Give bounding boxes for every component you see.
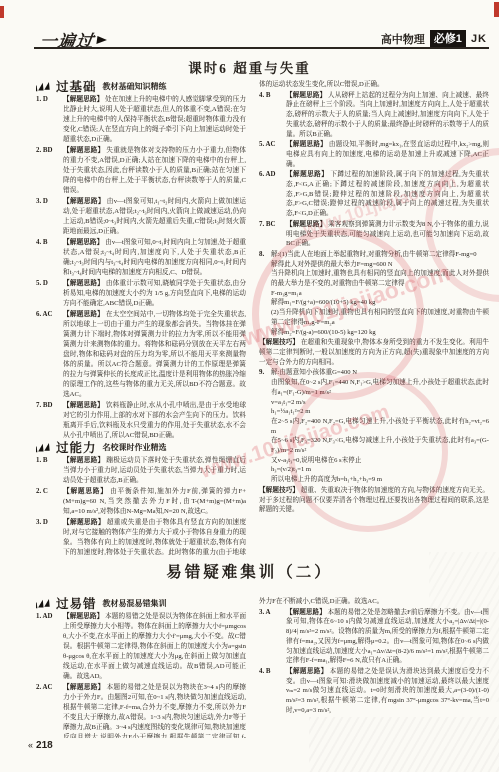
answer-number: 7. BC [259, 220, 275, 230]
edition-label: JK [471, 33, 487, 45]
module-badge: 必修1 [430, 30, 466, 47]
answer-item: 7. BC【解题思路】 乘客观察到弹簧测力计示数变为8 N,小于物体的重力,说明… [259, 220, 489, 249]
answer-item: 2. BD【解题思路】 失重就是物体对支持物的压力小于重力,但物体的重力不变,A… [36, 146, 246, 196]
footer-mark: « [28, 740, 33, 750]
page-edge-tab [0, 6, 4, 18]
solution-tag: 【解题思路】 [63, 96, 105, 103]
answer-number: 4. B [259, 91, 271, 101]
page-number: 218 [36, 740, 53, 751]
solution-tag: 【解题思路】 [63, 519, 107, 526]
answer-text: 外力F在不断减小,C错误,D正确。故选AC。 [259, 598, 383, 605]
answer-item: 4. B【解题思路】 由v—t图象可知,0~t₁时间内向上匀加速,处于超重状态,… [36, 238, 246, 278]
answer-item: 1. AD【解题思路】 本题的易错之处是误以为物体在斜面上和水平面上所受摩擦力大… [36, 612, 246, 682]
brush-mark-icon [36, 599, 52, 609]
answer-book-page: 一遍过 高中物理 必修1 JK 课时6 超重与失重 过基础教材基础知识精练1. … [0, 0, 499, 772]
right-column-lower: 外力F在不断减小,C错误,D正确。故选AC。3. A【解题思路】 本题的易错之处… [259, 597, 489, 738]
answer-text: 解:(1)当此人在地面上举起重物时,对重物分析,由牛顿第二定律得F-mg=0 解… [271, 251, 489, 336]
section-title: 过易错 [56, 599, 97, 609]
solution-tag: 【解题思路】 [286, 171, 330, 178]
page-title: 课时6 超重与失重 [0, 57, 499, 77]
answer-text: 本题的易错之处是忽略撤去F前后摩擦力不变。由v—t图象可知,物体在6~10 s内… [286, 609, 489, 665]
solution-tag: 【解题思路】 [63, 457, 106, 464]
solution-tag: 【解题思路】 [63, 198, 107, 205]
solution-tag: 【解题技巧】 [259, 487, 301, 494]
answer-item: 3. D【解题思路】 超重或失重是由于物体具有竖直方向的加速度时,对与它接触的物… [36, 518, 246, 556]
answer-item: 5. D【解题思路】 由体重计示数可知,晓敏同学处于失重状态,由分析易知,电梯的… [36, 279, 246, 309]
answer-text: 体的运动状态发生变化,所以C错误,D正确。 [259, 81, 384, 88]
header-right: 高中物理 必修1 JK [381, 30, 487, 47]
answer-text: 处在加速上升的电梯中的人感觉脚掌受到的压力比静止时大,说明人处于超重状态,但人的… [63, 96, 246, 143]
answer-text: 本题的易错之处是误以为物块在3~4 s内的摩擦力小于外力F。由题图2可知,在0~… [63, 684, 246, 738]
answer-number: 1. AD [36, 612, 52, 622]
solution-tag: 【解题思路】 [63, 402, 106, 409]
page-footer: «218 [28, 740, 53, 751]
solution-tag: 【解题思路】 [63, 613, 105, 620]
answer-number: 2. C [36, 487, 48, 497]
section-header: 过能力名校课时作业精选 [36, 443, 246, 453]
solution-tag: 【解题思路】 [63, 684, 106, 691]
solution-tag: 【解题思路】 [286, 221, 328, 228]
answer-item: 2. AC【解题思路】 本题的易错之处是误以为物块在3~4 s内的摩擦力小于外力… [36, 683, 246, 738]
page-edge-tab [494, 2, 499, 17]
answer-number: 3. D [36, 197, 48, 207]
answer-number: 6. AC [36, 310, 52, 320]
solution-tag: 【解题技巧】 [259, 339, 301, 346]
answer-number: 5. AC [259, 140, 275, 150]
answer-number: 1. B [36, 456, 48, 466]
section-subtitle: 教材易混易错集训 [103, 599, 167, 609]
answer-text: 失重就是物体对支持物的压力小于重力,但物体的重力不变,A错误,D正确;人站在加速… [63, 147, 246, 194]
solution-tag: 【解题思路】 [286, 141, 329, 148]
answer-item: 1. B【解题思路】 蹦极运动员下落时处于失重状态,弹性绳绷直后当弹力小于重力时… [36, 456, 246, 486]
section-title: 过能力 [56, 443, 97, 453]
answer-item: 8.解:(1)当此人在地面上举起重物时,对重物分析,由牛顿第二定律得F-mg=0… [259, 250, 489, 337]
solution-tag: 【解题思路】 [286, 92, 328, 99]
answer-item: 3. A【解题思路】 本题的易错之处是忽略撤去F前后摩擦力不变。由v—t图象可知… [259, 608, 489, 666]
answer-item: 6. AD【解题思路】 下蹲过程的加速阶段,属于向下的加速过程,为失重状态,F<… [259, 170, 489, 219]
answer-number: 9. [259, 368, 264, 378]
answer-item: 7. BD【解题思路】 饮料瓶静止时,水从小孔中喷出,是由于水受地球对它的引力作… [36, 401, 246, 441]
answer-number: 3. A [259, 608, 271, 618]
solution-tag: 【解题思路】 [286, 609, 328, 616]
answer-text: 在太空空间站中,一切物体均处于完全失重状态,所以地球上一切由于重力产生的现象都会… [63, 311, 246, 398]
answer-item: 2. C【解题思路】 由平衡条件知,施加外力F前,弹簧的弹力F+(M+m)g=6… [36, 487, 246, 517]
answer-number: 1. D [36, 95, 48, 105]
answer-number: 4. B [259, 667, 271, 677]
answer-number: 2. BD [36, 146, 52, 156]
answer-item: 体的运动状态发生变化,所以C错误,D正确。 [259, 80, 489, 90]
divider-heading: 易错疑难集训（二） [0, 560, 499, 582]
answer-item: 【解题技巧】 在超重和失重现象中,物体本身所受到的重力不发生变化。利用牛顿第二定… [259, 338, 489, 367]
answer-text: 本题的易错之处是误以为物体在斜面上和水平面上所受摩擦力大小相等。物体在斜面上的摩… [63, 613, 248, 680]
answer-number: 4. B [36, 238, 48, 248]
solution-tag: 【解题思路】 [63, 488, 110, 495]
answer-number: 7. BD [36, 401, 52, 411]
left-column-upper: 过基础教材基础知识精练1. D【解题思路】 处在加速上升的电梯中的人感觉脚掌受到… [36, 80, 246, 556]
brush-mark-icon [36, 443, 52, 453]
answer-item: 4. B【解题思路】 本题的易错之处是误认为滑块达到最大速度后受力不变。由v—t… [259, 667, 489, 716]
upper-columns: 过基础教材基础知识精练1. D【解题思路】 处在加速上升的电梯中的人感觉脚掌受到… [36, 80, 489, 556]
answer-item: 6. AC【解题思路】 在太空空间站中,一切物体均处于完全失重状态,所以地球上一… [36, 310, 246, 400]
lower-columns: 过易错教材易混易错集训1. AD【解题思路】 本题的易错之处是误以为物体在斜面上… [36, 597, 489, 738]
solution-tag: 【解题思路】 [63, 280, 106, 287]
section-header: 过易错教材易混易错集训 [36, 599, 246, 609]
answer-item: 1. D【解题思路】 处在加速上升的电梯中的人感觉脚掌受到的压力比静止时大,说明… [36, 95, 246, 145]
solution-tag: 【解题思路】 [286, 668, 330, 675]
section-header: 过基础教材基础知识精练 [36, 82, 246, 92]
answer-item: 外力F在不断减小,C错误,D正确。故选AC。 [259, 597, 489, 607]
answer-number: 8. [259, 250, 264, 260]
answer-number: 5. D [36, 279, 48, 289]
section-subtitle: 教材基础知识精练 [103, 82, 167, 92]
answer-number: 6. AD [259, 170, 275, 180]
answer-item: 5. AC【解题思路】 由题设知,平衡时,mg=kx₁,在竖直运动过程中,kx₂… [259, 140, 489, 169]
answer-item: 4. B【解题思路】 人从磅秤上站起的过程分为向上加速、向上减速、最终静止在磅秤… [259, 91, 489, 140]
answer-item: 【解题技巧】 超重、失重取决于物体的加速度的方向,与物体的速度方向无关。对于多过… [259, 486, 489, 515]
left-column-lower: 过易错教材易混易错集训1. AD【解题思路】 本题的易错之处是误以为物体在斜面上… [36, 597, 246, 738]
brush-mark-icon [36, 82, 52, 92]
subject-label: 高中物理 [381, 31, 425, 47]
solution-tag: 【解题思路】 [63, 311, 106, 318]
answer-item: 3. D【解题思路】 由v—t图象可知,t₁~t₂时间内,火箭向上做加速运动,处… [36, 197, 246, 237]
right-column-upper: 体的运动状态发生变化,所以C错误,D正确。4. B【解题思路】 人从磅秤上站起的… [259, 80, 489, 556]
header-rule [34, 47, 489, 49]
solution-tag: 【解题思路】 [63, 239, 105, 246]
section-subtitle: 名校课时作业精选 [103, 443, 167, 453]
answer-number: 3. D [36, 518, 48, 528]
solution-tag: 【解题思路】 [63, 147, 106, 154]
section-title: 过基础 [56, 82, 97, 92]
answer-text: 解:由题意知小孩体重G=400 N 由图象知,在0~2 s内,F₁=440 N,… [271, 369, 489, 483]
answer-item: 9.解:由题意知小孩体重G=400 N 由图象知,在0~2 s内,F₁=440 … [259, 368, 489, 484]
answer-number: 2. AC [36, 683, 52, 693]
